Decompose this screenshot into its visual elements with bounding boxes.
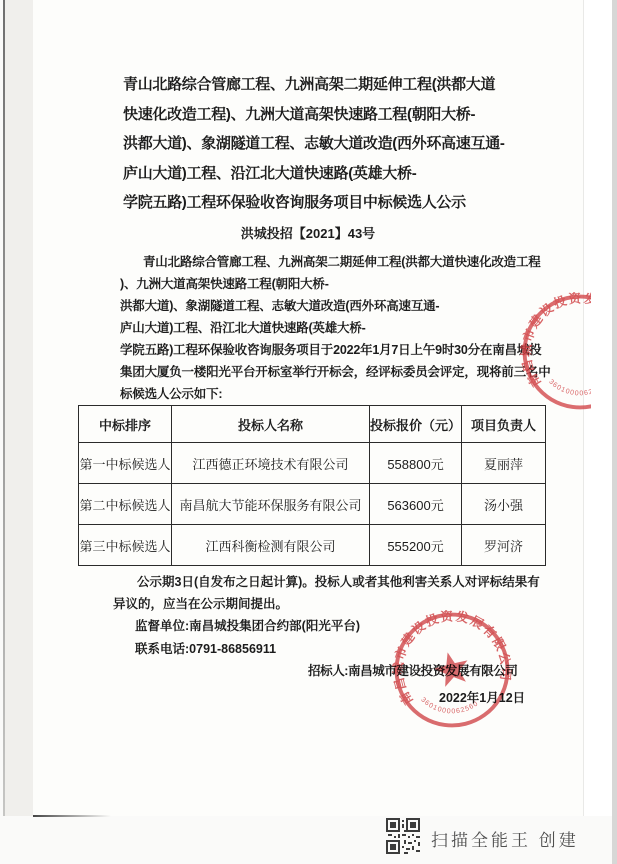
- supervisor-line: 监督单位:南昌城投集团合约部(阳光平台): [135, 616, 360, 634]
- scanned-announcement-page: { "doc": { "title_lines": [ "青山北路综合管廊工程、…: [0, 0, 617, 864]
- title-line: 学院五路)工程环保验收咨询服务项目中标候选人公示: [123, 188, 543, 218]
- body-line: 庐山大道)工程、沿江北大道快速路(英雄大桥-: [120, 317, 560, 339]
- cell-rank: 第一中标候选人: [79, 443, 172, 484]
- seal-star-icon: [431, 648, 473, 688]
- seal-serial-number: 3601000062560: [418, 684, 481, 724]
- qr-code-icon: [386, 818, 420, 854]
- partial-company-seal-stamp: 南昌城市建设投资发展有限公司 3601000062560: [515, 287, 591, 417]
- table-row: 第一中标候选人 江西德正环境技术有限公司 558800元 夏丽萍: [79, 443, 546, 484]
- body-line: )、九洲大道高架快速路工程(朝阳大桥-: [120, 273, 560, 295]
- seal-company-text: 南昌城市建设投资发展有限公司: [387, 605, 517, 711]
- cell-manager: 罗河济: [462, 525, 546, 566]
- header-bidder-name: 投标人名称: [172, 406, 370, 443]
- title-line: 庐山大道)工程、沿江北大道快速路(英雄大桥-: [123, 159, 543, 189]
- body-line: 青山北路综合管廊工程、九洲高架二期延伸工程(洪都大道快速化改造工程: [120, 251, 560, 273]
- partial-seal-clip: 南昌城市建设投资发展有限公司 3601000062560: [515, 287, 591, 418]
- cell-manager: 夏丽萍: [462, 443, 546, 484]
- body-line: 学院五路)工程环保验收咨询服务项目于2022年1月7日上午9时30分在南昌城投: [120, 339, 560, 361]
- cell-price: 563600元: [370, 484, 462, 525]
- title-line: 青山北路综合管廊工程、九洲高架二期延伸工程(洪都大道: [123, 70, 543, 100]
- header-rank: 中标排序: [79, 406, 172, 443]
- cell-bidder: 江西德正环境技术有限公司: [172, 443, 370, 484]
- notice-line: 公示期3日(自发布之日起计算)。投标人或者其他利害关系人对评标结果有: [113, 571, 558, 593]
- document-title: 青山北路综合管廊工程、九洲高架二期延伸工程(洪都大道 快速化改造工程)、九洲大道…: [123, 70, 543, 218]
- document-number: 洪城投招【2021】43号: [33, 223, 583, 242]
- cell-rank: 第三中标候选人: [79, 525, 172, 566]
- cell-rank: 第二中标候选人: [79, 484, 172, 525]
- title-line: 快速化改造工程)、九洲大道高架快速路工程(朝阳大桥-: [123, 100, 543, 130]
- body-paragraph: 青山北路综合管廊工程、九洲高架二期延伸工程(洪都大道快速化改造工程 )、九洲大道…: [120, 251, 560, 405]
- svg-text:南昌城市建设投资发展有限公司: 南昌城市建设投资发展有限公司: [387, 605, 517, 711]
- company-seal-stamp: 南昌城市建设投资发展有限公司 3601000062560: [387, 605, 517, 735]
- title-line: 洪都大道)、象湖隧道工程、志敏大道改造(西外环高速互通-: [123, 129, 543, 159]
- cell-bidder: 江西科衡检测有限公司: [172, 525, 370, 566]
- table-header-row: 中标排序 投标人名称 投标报价（元） 项目负责人: [79, 406, 546, 443]
- cell-price: 555200元: [370, 525, 462, 566]
- cell-manager: 汤小强: [462, 484, 546, 525]
- cell-price: 558800元: [370, 443, 462, 484]
- scanner-watermark-text: 扫描全能王 创建: [431, 826, 579, 851]
- table-row: 第二中标候选人 南昌航大节能环保服务有限公司 563600元 汤小强: [79, 484, 546, 525]
- header-bid-price: 投标报价（元）: [370, 406, 462, 443]
- table-row: 第三中标候选人 江西科衡检测有限公司 555200元 罗河济: [79, 525, 546, 566]
- scan-left-margin-strip: [5, 0, 33, 816]
- cell-bidder: 南昌航大节能环保服务有限公司: [172, 484, 370, 525]
- body-line: 洪都大道)、象湖隧道工程、志敏大道改造(西外环高速互通-: [120, 295, 560, 317]
- contact-phone-line: 联系电话:0791-86856911: [135, 639, 276, 657]
- svg-text:3601000062560: 3601000062560: [418, 684, 481, 724]
- bid-candidates-table: 中标排序 投标人名称 投标报价（元） 项目负责人 第一中标候选人 江西德正环境技…: [78, 405, 546, 566]
- body-line: 集团大厦负一楼阳光平台开标室举行开标会，经评标委员会评定，现将前三名中: [120, 361, 560, 383]
- body-line: 标候选人公示如下:: [120, 383, 560, 405]
- paper-bottom-edge-shadow: [33, 815, 111, 817]
- scan-right-edge-strip: [612, 0, 617, 864]
